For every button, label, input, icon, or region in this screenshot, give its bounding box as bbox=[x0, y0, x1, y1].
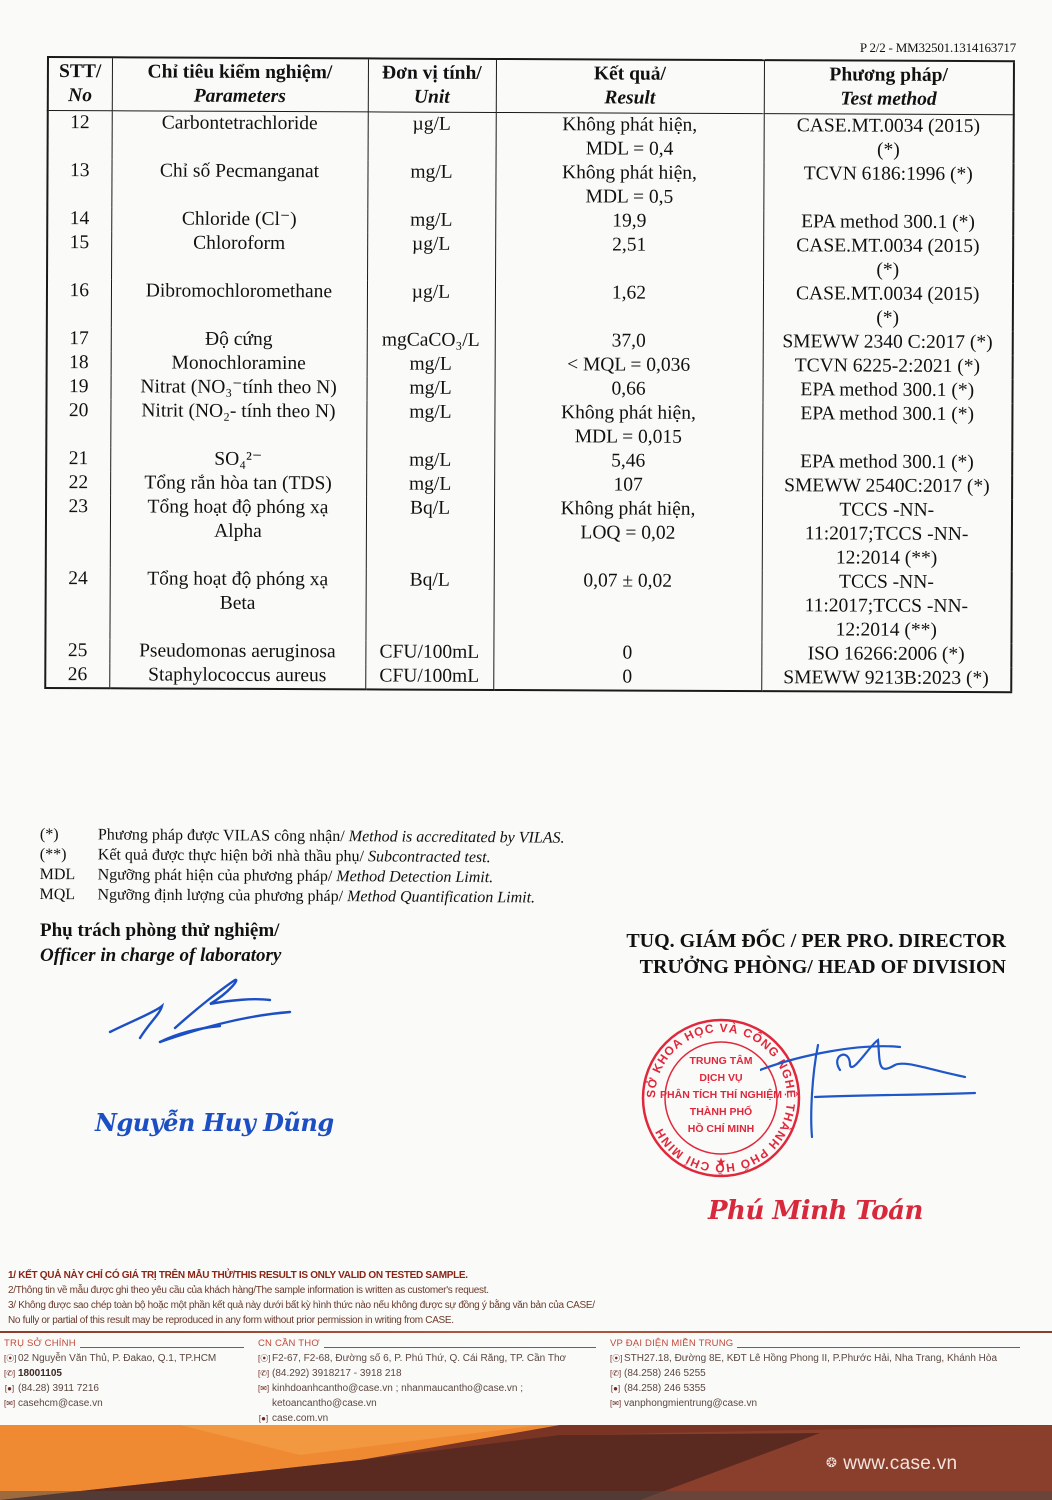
parameter-name: Nitrat (NO₃⁻tính theo N) bbox=[111, 375, 367, 400]
unit: CFU/100mL bbox=[365, 664, 493, 690]
fax-icon: [●] bbox=[610, 1381, 621, 1396]
row-number: 15 bbox=[47, 231, 111, 279]
table-row: 12Carbontetrachlorideµg/LKhông phát hiện… bbox=[48, 111, 1014, 164]
divider bbox=[0, 1331, 1052, 1333]
result-value: 5,46 bbox=[494, 449, 762, 474]
footnote-key: (**) bbox=[40, 845, 98, 865]
unit: CFU/100mL bbox=[365, 640, 493, 665]
result-value: < MQL = 0,036 bbox=[495, 353, 763, 378]
results-table: STT/No Chỉ tiêu kiểm nghiệm/Parameters Đ… bbox=[44, 56, 1015, 693]
unit: mg/L bbox=[366, 448, 494, 473]
globe-icon: ❂ bbox=[826, 1455, 837, 1470]
parameter-name: Nitrit (NO₂- tính theo N) bbox=[110, 399, 366, 448]
director-title: TUQ. GIÁM ĐỐC / PER PRO. DIRECTOR TRƯỞNG… bbox=[594, 928, 1006, 980]
table-body: 12Carbontetrachlorideµg/LKhông phát hiện… bbox=[45, 111, 1014, 693]
test-method: CASE.MT.0034 (2015) (*) bbox=[764, 114, 1014, 164]
director-signature bbox=[760, 1025, 1020, 1145]
unit: mg/L bbox=[367, 376, 495, 401]
disclaimer: 1/ KẾT QUẢ NÀY CHỈ CÓ GIÁ TRỊ TRÊN MẪU T… bbox=[8, 1268, 1038, 1328]
office-head-office: TRỤ SỞ CHÍNH[⦿]02 Nguyễn Văn Thủ, P. Đak… bbox=[4, 1336, 244, 1411]
unit: µg/L bbox=[368, 112, 496, 161]
footnote-text: Kết quả được thực hiện bởi nhà thầu phụ/… bbox=[98, 845, 491, 868]
officer-title: Phụ trách phòng thử nghiệm/ Officer in c… bbox=[40, 918, 281, 968]
result-value: 0,66 bbox=[494, 377, 762, 402]
office-line: [✉]casehcm@case.vn bbox=[4, 1396, 244, 1411]
result-value: 0 bbox=[493, 641, 761, 666]
fax-icon: [●] bbox=[4, 1381, 15, 1396]
row-number: 25 bbox=[45, 639, 109, 663]
footnote-text: Ngưỡng phát hiện của phương pháp/ Method… bbox=[98, 865, 494, 888]
row-number: 13 bbox=[47, 159, 111, 207]
office-line: [✆]18001105 bbox=[4, 1366, 244, 1381]
row-number: 12 bbox=[48, 111, 112, 160]
result-value: 19,9 bbox=[495, 209, 763, 234]
row-number: 21 bbox=[46, 447, 110, 471]
table-row: 26Staphylococcus aureusCFU/100mL0SMEWW 9… bbox=[45, 663, 1011, 692]
result-value: 0 bbox=[493, 665, 761, 691]
row-number: 19 bbox=[47, 375, 111, 399]
row-number: 23 bbox=[46, 495, 110, 567]
test-method: TCVN 6225-2:2021 (*) bbox=[763, 354, 1013, 379]
phone-icon: [✆] bbox=[4, 1366, 15, 1381]
office-line: [⦿]02 Nguyễn Văn Thủ, P. Đakao, Q.1, TP.… bbox=[4, 1351, 244, 1366]
mail-icon: [✉] bbox=[4, 1396, 15, 1411]
unit: mg/L bbox=[367, 352, 495, 377]
test-method: TCVN 6186:1996 (*) bbox=[763, 162, 1013, 211]
parameter-name: Dibromochloromethane bbox=[111, 279, 367, 328]
parameter-name: Chỉ số Pecmanganat bbox=[111, 159, 367, 208]
table-row: 15Chloroformµg/L2,51CASE.MT.0034 (2015) … bbox=[47, 231, 1013, 283]
office-line: [●]case.com.vn bbox=[258, 1411, 596, 1426]
footnotes: (*)Phương pháp được VILAS công nhận/ Met… bbox=[39, 825, 660, 909]
parameter-name: Tổng rắn hòa tan (TDS) bbox=[110, 471, 366, 496]
website-link[interactable]: ❂www.case.vn bbox=[826, 1453, 957, 1475]
office-line: [✆](84.258) 246 5255 bbox=[610, 1366, 1020, 1381]
document-reference: P 2/2 - MM32501.1314163717 bbox=[780, 40, 1016, 56]
test-method: CASE.MT.0034 (2015) (*) bbox=[763, 234, 1013, 283]
office-line: [⦿]STH27.18, Đường 8E, KĐT Lê Hồng Phong… bbox=[610, 1351, 1020, 1366]
location-icon: [⦿] bbox=[258, 1351, 269, 1366]
unit: mg/L bbox=[366, 472, 494, 497]
unit: mg/L bbox=[367, 160, 495, 209]
result-value: Không phát hiện, MDL = 0,4 bbox=[496, 112, 764, 162]
unit: Bq/L bbox=[365, 568, 493, 641]
result-value: 0,07 ± 0,02 bbox=[493, 569, 761, 642]
row-number: 14 bbox=[47, 207, 111, 231]
table-row: 23Tổng hoạt độ phóng xạ AlphaBq/LKhông p… bbox=[46, 495, 1012, 571]
result-value: 1,62 bbox=[495, 281, 763, 330]
row-number: 16 bbox=[47, 279, 111, 327]
row-number: 20 bbox=[46, 399, 110, 447]
unit: µg/L bbox=[367, 280, 495, 329]
unit: µg/L bbox=[367, 232, 495, 281]
location-icon: [⦿] bbox=[610, 1351, 621, 1366]
office-can-tho-branch: CN CẦN THƠ[⦿]F2-67, F2-68, Đường số 6, P… bbox=[258, 1336, 596, 1426]
test-method: EPA method 300.1 (*) bbox=[762, 450, 1012, 475]
svg-text:TRUNG TÂM: TRUNG TÂM bbox=[690, 1054, 753, 1067]
table-row: 24Tổng hoạt độ phóng xạ BetaBq/L0,07 ± 0… bbox=[45, 567, 1011, 643]
result-value: Không phát hiện, MDL = 0,015 bbox=[494, 401, 762, 450]
table-row: 14Chloride (Cl⁻)mg/L19,9EPA method 300.1… bbox=[47, 207, 1013, 235]
result-value: Không phát hiện, LOQ = 0,02 bbox=[494, 497, 762, 570]
officer-signature bbox=[100, 970, 300, 1050]
test-method: SMEWW 9213B:2023 (*) bbox=[761, 666, 1011, 692]
parameter-name: Pseudomonas aeruginosa bbox=[109, 639, 365, 664]
office-line: [✉]vanphongmientrung@case.vn bbox=[610, 1396, 1020, 1411]
officer-name: Nguyễn Huy Dũng bbox=[95, 1108, 334, 1137]
result-value: 37,0 bbox=[495, 329, 763, 354]
test-method: EPA method 300.1 (*) bbox=[762, 402, 1012, 451]
unit: mgCaCO₃/L bbox=[367, 328, 495, 353]
test-method: ISO 16266:2006 (*) bbox=[761, 642, 1011, 667]
result-value: Không phát hiện, MDL = 0,5 bbox=[495, 161, 763, 210]
table-header-row: STT/No Chỉ tiêu kiểm nghiệm/Parameters Đ… bbox=[48, 57, 1014, 115]
svg-text:DỊCH VỤ: DỊCH VỤ bbox=[699, 1072, 742, 1084]
mail-icon: [✉] bbox=[610, 1396, 621, 1411]
phone-icon: [✆] bbox=[610, 1366, 621, 1381]
unit: Bq/L bbox=[366, 496, 494, 569]
table-row: 20Nitrit (NO₂- tính theo N)mg/LKhông phá… bbox=[46, 399, 1012, 451]
header-test-method: Phương pháp/Test method bbox=[764, 60, 1014, 115]
svg-text:★: ★ bbox=[716, 1155, 727, 1169]
office-line: [✉]kinhdoanhcantho@case.vn ; nhanmaucant… bbox=[258, 1381, 596, 1396]
header-unit: Đơn vị tính/Unit bbox=[368, 58, 496, 112]
row-number: 18 bbox=[47, 351, 111, 375]
row-number: 26 bbox=[45, 663, 109, 688]
test-method: EPA method 300.1 (*) bbox=[763, 210, 1013, 235]
location-icon: [⦿] bbox=[4, 1351, 15, 1366]
svg-text:HỒ CHÍ MINH: HỒ CHÍ MINH bbox=[688, 1122, 755, 1135]
svg-text:THÀNH PHỐ: THÀNH PHỐ bbox=[690, 1104, 752, 1118]
table-row: 16Dibromochloromethaneµg/L1,62CASE.MT.00… bbox=[47, 279, 1013, 331]
parameter-name: SO₄²⁻ bbox=[110, 447, 366, 472]
parameter-name: Chloroform bbox=[111, 231, 367, 280]
result-value: 107 bbox=[494, 473, 762, 498]
row-number: 24 bbox=[45, 567, 109, 639]
test-method: CASE.MT.0034 (2015) (*) bbox=[763, 282, 1013, 331]
row-number: 17 bbox=[47, 327, 111, 351]
footnote-key: (*) bbox=[40, 825, 98, 845]
footnote-key: MDL bbox=[40, 865, 98, 885]
mail-icon: [✉] bbox=[258, 1381, 269, 1396]
row-number: 22 bbox=[46, 471, 110, 495]
web-icon: [●] bbox=[258, 1411, 269, 1426]
parameter-name: Carbontetrachloride bbox=[112, 111, 368, 161]
footnote-key: MQL bbox=[39, 885, 97, 905]
office-title: TRỤ SỞ CHÍNH bbox=[4, 1336, 244, 1351]
parameter-name: Monochloramine bbox=[111, 351, 367, 376]
office-title: CN CẦN THƠ bbox=[258, 1336, 596, 1351]
office-line: [✆](84.292) 3918217 - 3918 218 bbox=[258, 1366, 596, 1381]
parameter-name: Tổng hoạt độ phóng xạ Beta bbox=[109, 567, 365, 640]
phone-icon: [✆] bbox=[258, 1366, 269, 1381]
office-line: [●](84.28) 3911 7216 bbox=[4, 1381, 244, 1396]
header-parameters: Chỉ tiêu kiểm nghiệm/Parameters bbox=[112, 57, 368, 112]
test-method: SMEWW 2340 C:2017 (*) bbox=[763, 330, 1013, 355]
test-method: EPA method 300.1 (*) bbox=[762, 378, 1012, 403]
parameter-name: Chloride (Cl⁻) bbox=[111, 207, 367, 232]
parameter-name: Staphylococcus aureus bbox=[109, 663, 365, 689]
office-line: [●](84.258) 246 5355 bbox=[610, 1381, 1020, 1396]
office-line: ketoancantho@case.vn bbox=[258, 1396, 596, 1411]
parameter-name: Tổng hoạt độ phóng xạ Alpha bbox=[110, 495, 366, 568]
header-result: Kết quả/Result bbox=[496, 59, 764, 114]
parameter-name: Độ cứng bbox=[111, 327, 367, 352]
footnote-text: Ngưỡng định lượng của phương pháp/ Metho… bbox=[97, 885, 535, 908]
test-method: TCCS -NN- 11:2017;TCCS -NN- 12:2014 (**) bbox=[761, 570, 1011, 643]
unit: mg/L bbox=[366, 400, 494, 449]
header-no: STT/No bbox=[48, 57, 112, 111]
footnote-item: MQLNgưỡng định lượng của phương pháp/ Me… bbox=[39, 885, 659, 909]
director-name: Phú Minh Toán bbox=[708, 1196, 923, 1226]
table-row: 13Chỉ số Pecmanganatmg/LKhông phát hiện,… bbox=[47, 159, 1013, 211]
test-method: TCCS -NN- 11:2017;TCCS -NN- 12:2014 (**) bbox=[762, 498, 1012, 571]
office-line: [⦿]F2-67, F2-68, Đường số 6, P. Phú Thứ,… bbox=[258, 1351, 596, 1366]
result-value: 2,51 bbox=[495, 233, 763, 282]
unit: mg/L bbox=[367, 208, 495, 233]
test-method: SMEWW 2540C:2017 (*) bbox=[762, 474, 1012, 499]
office-title: VP ĐẠI DIỆN MIỀN TRUNG bbox=[610, 1336, 1020, 1351]
office-central-representative: VP ĐẠI DIỆN MIỀN TRUNG[⦿]STH27.18, Đường… bbox=[610, 1336, 1020, 1411]
